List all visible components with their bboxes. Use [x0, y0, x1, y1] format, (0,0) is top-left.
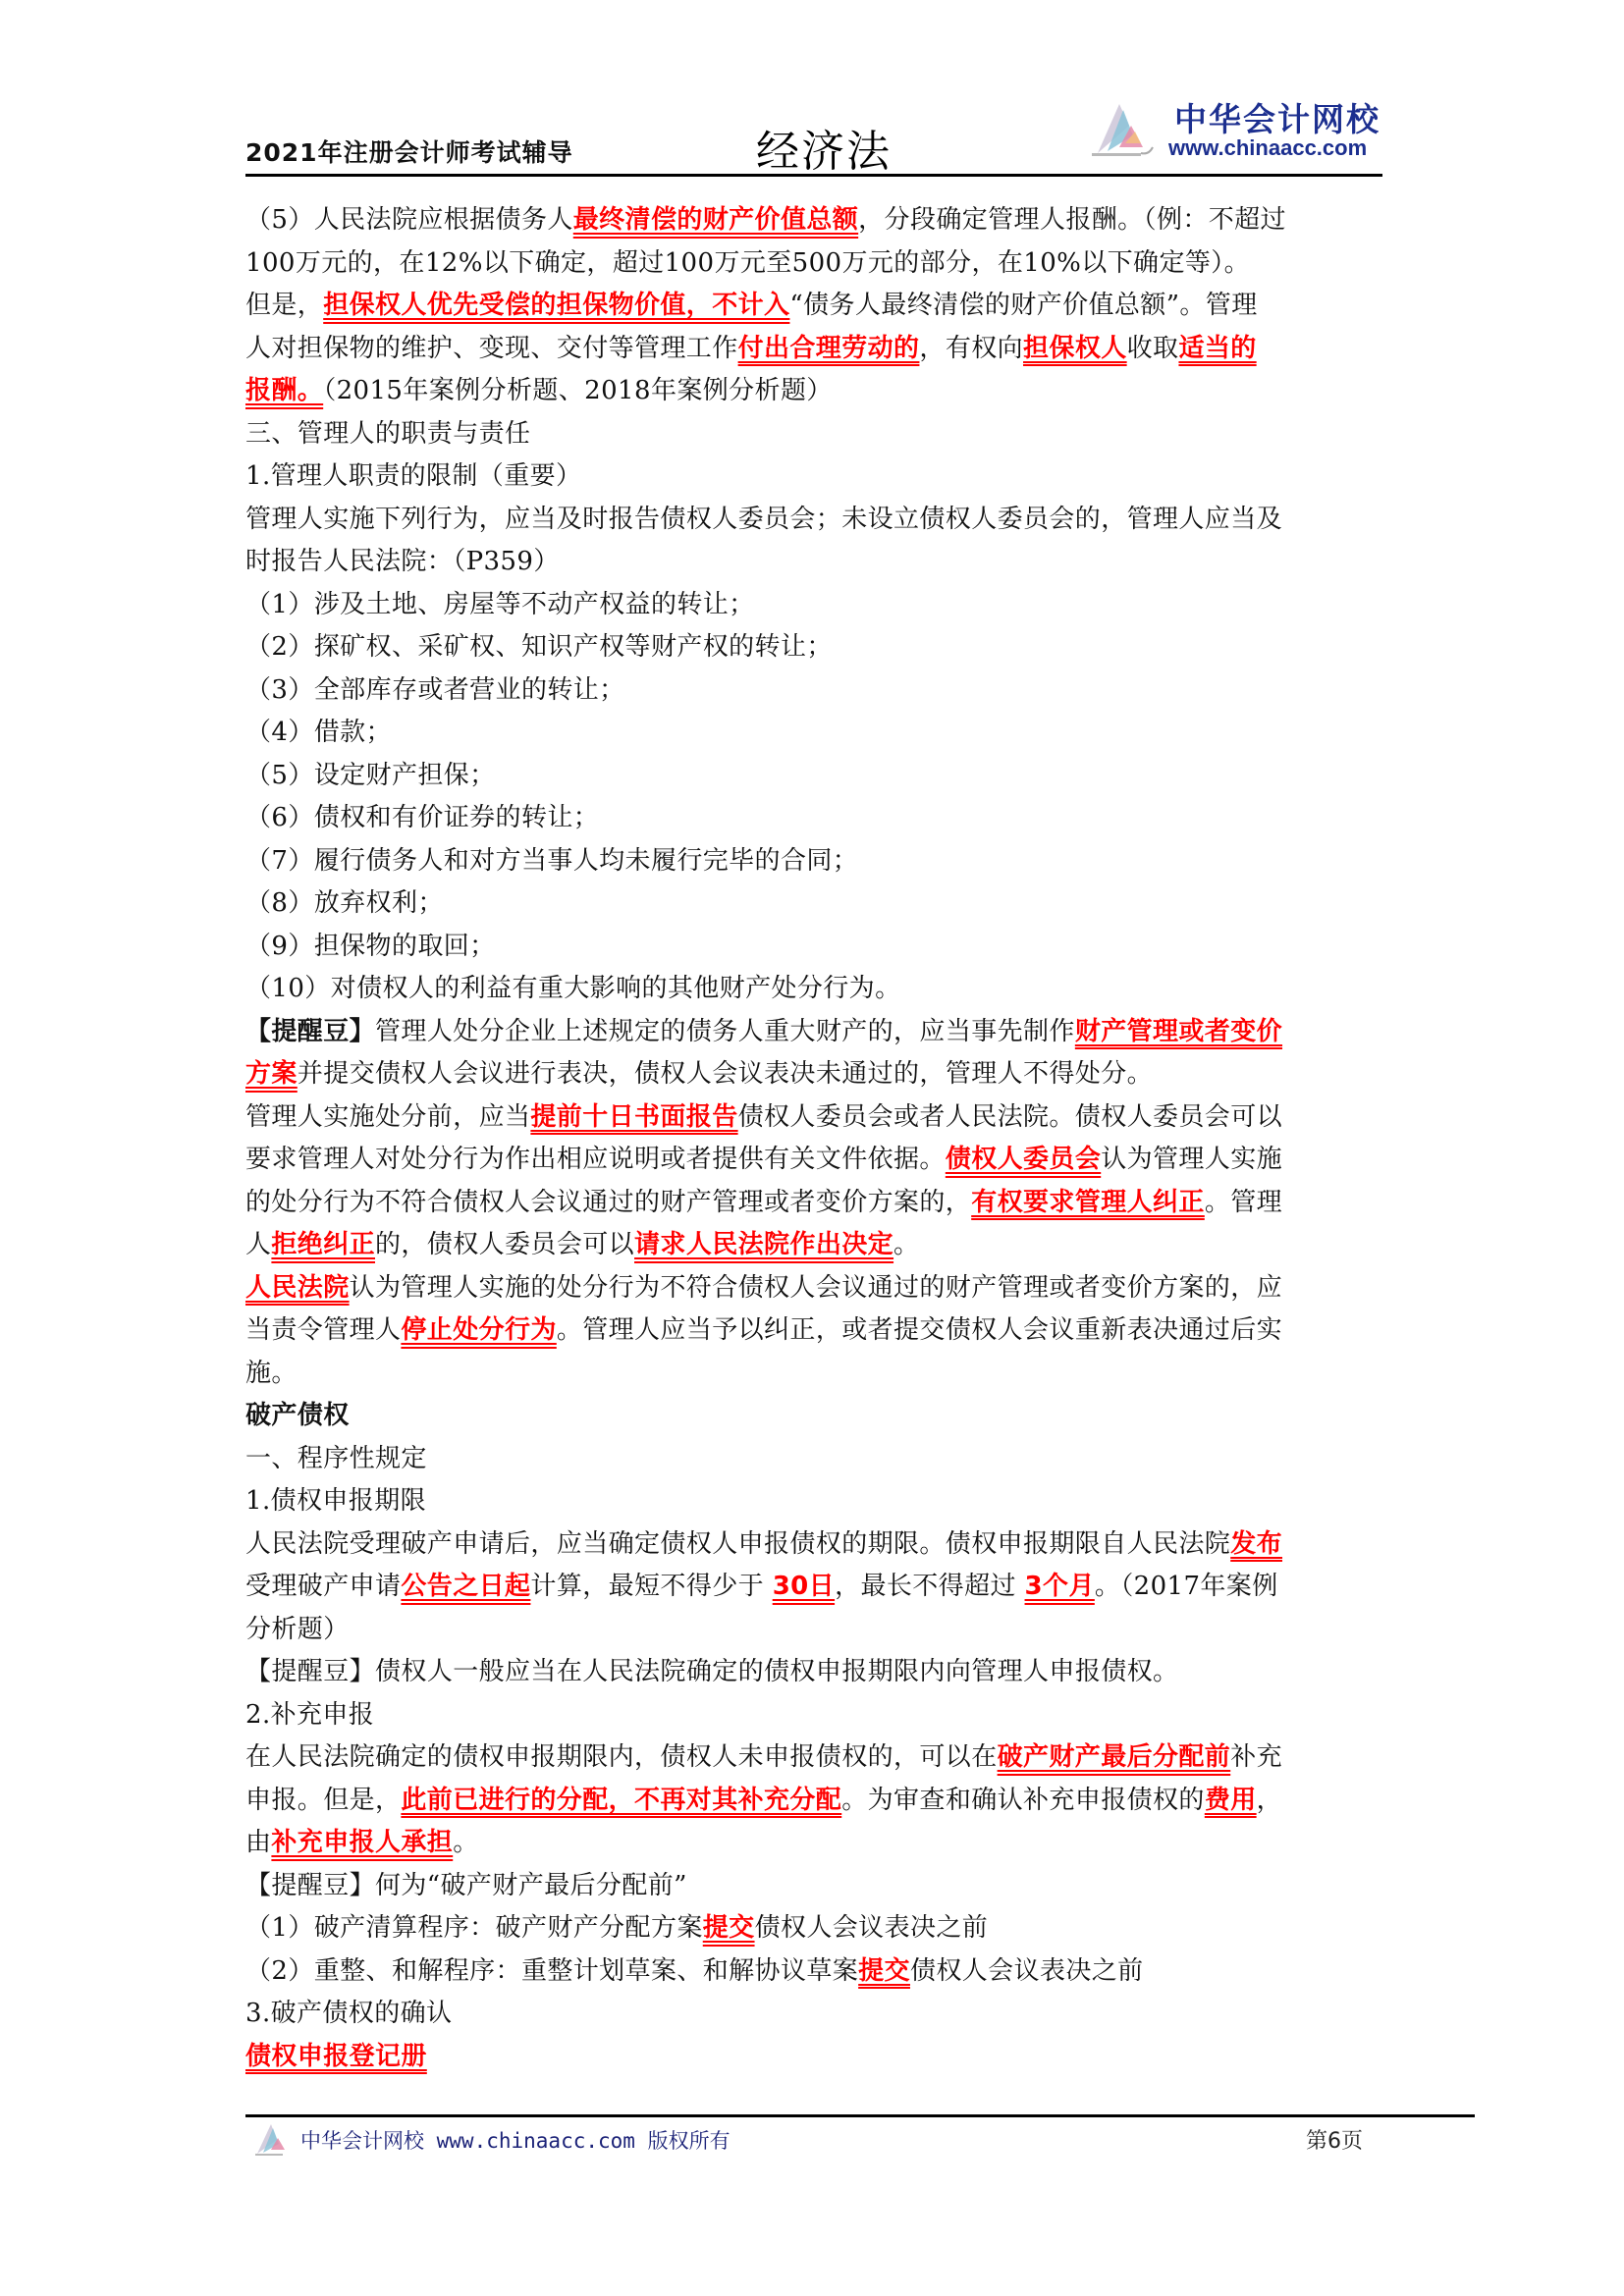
text-line: 人对担保物的维护、变现、交付等管理工作付出合理劳动的，有权向担保权人收取适当的 [245, 328, 1384, 371]
highlighted-key-phrase: 方案 [245, 1059, 298, 1089]
text-line: 管理人实施处分前，应当提前十日书面报告债权人委员会或者人民法院。债权人委员会可以 [245, 1096, 1384, 1140]
text-segment: 100万元的，在12%以下确定，超过100万元至500万元的部分，在10%以下确… [245, 248, 1250, 278]
text-segment: 。管理 [1205, 1188, 1282, 1217]
highlighted-key-phrase: 请求人民法院作出决定 [634, 1230, 893, 1259]
text-line: 【提醒豆】管理人处分企业上述规定的债务人重大财产的，应当事先制作财产管理或者变价 [245, 1011, 1384, 1054]
text-segment: 管理人处分企业上述规定的债务人重大财产的，应当事先制作 [375, 1017, 1075, 1046]
text-line: 三、管理人的职责与责任 [245, 413, 1384, 456]
text-segment: （9）担保物的取回； [245, 932, 496, 961]
text-segment: 3.破产债权的确认 [245, 1999, 452, 2028]
text-line: 100万元的，在12%以下确定，超过100万元至500万元的部分，在10%以下确… [245, 242, 1384, 286]
text-line: 【提醒豆】何为“破产财产最后分配前” [245, 1865, 1384, 1908]
text-line: 时报告人民法院：（P359） [245, 541, 1384, 584]
text-line: （1）涉及土地、房屋等不动产权益的转让； [245, 584, 1384, 627]
highlighted-key-phrase: 付出合理劳动的 [738, 334, 920, 363]
highlighted-key-phrase: 最终清偿的财产价值总额 [573, 205, 858, 235]
text-segment: 计算，最短不得少于 [530, 1572, 772, 1601]
text-segment: 债权人会议表决之前 [910, 1956, 1144, 1986]
text-line: （5）人民法院应根据债务人最终清偿的财产价值总额，分段确定管理人报酬。（例：不超… [245, 199, 1384, 242]
text-line: （5）设定财产担保； [245, 755, 1384, 798]
text-line: 在人民法院确定的债权申报期限内，债权人未申报债权的，可以在破产财产最后分配前补充 [245, 1736, 1384, 1780]
text-segment: 认为管理人实施 [1101, 1145, 1282, 1174]
logo-name: 中华会计网校 [1174, 94, 1380, 140]
text-line: 3.破产债权的确认 [245, 1993, 1384, 2036]
text-line: 当责令管理人停止处分行为。管理人应当予以纠正，或者提交债权人会议重新表决通过后实 [245, 1309, 1384, 1353]
text-segment: 补充 [1230, 1742, 1282, 1772]
logo-url: www.chinaacc.com [1168, 135, 1367, 161]
highlighted-key-phrase: 30日 [773, 1572, 835, 1601]
text-segment: 并提交债权人会议进行表决，债权人会议表决未通过的，管理人不得处分。 [298, 1059, 1153, 1089]
text-line: 2.补充申报 [245, 1694, 1384, 1737]
text-segment: 认为管理人实施的处分行为不符合债权人会议通过的财产管理或者变价方案的，应 [350, 1273, 1282, 1303]
text-segment: 时报告人民法院：（P359） [245, 547, 560, 576]
text-segment: ，有权向 [919, 334, 1023, 363]
text-segment: 受理破产申请 [245, 1572, 401, 1601]
text-line: （6）债权和有价证券的转让； [245, 797, 1384, 840]
text-segment: 的，债权人委员会可以 [375, 1230, 634, 1259]
text-segment: 2.补充申报 [245, 1700, 374, 1730]
text-line: 人民法院受理破产申请后，应当确定债权人申报债权的期限。债权申报期限自人民法院发布 [245, 1523, 1384, 1567]
text-line: （2）重整、和解程序：重整计划草案、和解协议草案提交债权人会议表决之前 [245, 1950, 1384, 1994]
text-line: 但是，担保权人优先受偿的担保物价值，不计入“债务人最终清偿的财产价值总额”。管理 [245, 285, 1384, 328]
text-segment: 的处分行为不符合债权人会议通过的财产管理或者变价方案的， [245, 1188, 971, 1217]
text-segment: 。 [453, 1828, 478, 1857]
page-number: 第6页 [1306, 2124, 1363, 2155]
text-segment: （1）涉及土地、房屋等不动产权益的转让； [245, 590, 755, 619]
text-line: （7）履行债务人和对方当事人均未履行完毕的合同； [245, 840, 1384, 883]
exam-title: 2021年注册会计师考试辅导 [245, 133, 573, 169]
text-segment: 但是， [245, 291, 323, 320]
highlighted-key-phrase: 提前十日书面报告 [530, 1102, 737, 1132]
highlighted-key-phrase: 拒绝纠正 [271, 1230, 375, 1259]
highlighted-key-phrase: 此前已进行的分配，不再对其补充分配 [401, 1786, 841, 1815]
text-segment: 三、管理人的职责与责任 [245, 419, 530, 449]
text-segment: ，分段确定管理人报酬。（例：不超过 [858, 205, 1286, 235]
text-line: 方案并提交债权人会议进行表决，债权人会议表决未通过的，管理人不得处分。 [245, 1053, 1384, 1096]
text-segment: 由 [245, 1828, 271, 1857]
highlighted-key-phrase: 适当的 [1178, 334, 1256, 363]
text-segment: 【提醒豆】何为“破产财产最后分配前” [245, 1871, 687, 1900]
text-line: 分析题） [245, 1609, 1384, 1652]
text-segment: （7）履行债务人和对方当事人均未履行完毕的合同； [245, 846, 858, 876]
text-segment: （10）对债权人的利益有重大影响的其他财产处分行为。 [245, 974, 901, 1003]
text-segment: （1）破产清算程序：破产财产分配方案 [245, 1913, 703, 1943]
brand-logo: 中华会计网校 www.chinaacc.com [1090, 94, 1384, 163]
highlighted-key-phrase: 破产财产最后分配前 [998, 1742, 1231, 1772]
triangle-logo-icon [1090, 96, 1159, 161]
footer-brand: 中华会计网校 www.chinaacc.com 版权所有 [253, 2120, 731, 2160]
footer-copyright: 中华会计网校 www.chinaacc.com 版权所有 [300, 2125, 731, 2155]
text-line: 债权申报登记册 [245, 2036, 1384, 2079]
text-segment: 管理人实施下列行为，应当及时报告债权人委员会；未设立债权人委员会的，管理人应当及 [245, 505, 1282, 534]
text-segment: 人民法院受理破产申请后，应当确定债权人申报债权的期限。债权申报期限自人民法院 [245, 1529, 1230, 1559]
text-line: （9）担保物的取回； [245, 926, 1384, 969]
text-line: 一、程序性规定 [245, 1438, 1384, 1481]
text-segment: 人 [245, 1230, 271, 1259]
text-segment: （5）设定财产担保； [245, 761, 496, 790]
highlighted-key-phrase: 担保权人 [1023, 334, 1127, 363]
highlighted-key-phrase: 3个月 [1025, 1572, 1095, 1601]
header-divider [245, 174, 1382, 177]
highlighted-key-phrase: 财产管理或者变价 [1075, 1017, 1282, 1046]
document-body: （5）人民法院应根据债务人最终清偿的财产价值总额，分段确定管理人报酬。（例：不超… [245, 199, 1384, 2078]
text-segment: 收取 [1127, 334, 1179, 363]
highlighted-key-phrase: 提交 [703, 1913, 755, 1943]
text-line: （1）破产清算程序：破产财产分配方案提交债权人会议表决之前 [245, 1907, 1384, 1950]
text-segment: 当责令管理人 [245, 1315, 401, 1345]
text-line: 破产债权 [245, 1395, 1384, 1438]
highlighted-key-phrase: 提交 [858, 1956, 910, 1986]
text-segment: （2）探矿权、采矿权、知识产权等财产权的转让； [245, 632, 833, 662]
text-segment: 债权人委员会或者人民法院。债权人委员会可以 [738, 1102, 1282, 1132]
highlighted-key-phrase: 债权人委员会 [946, 1145, 1101, 1174]
text-line: 管理人实施下列行为，应当及时报告债权人委员会；未设立债权人委员会的，管理人应当及 [245, 499, 1384, 542]
bold-label: 【提醒豆】 [245, 1017, 375, 1046]
text-line: （3）全部库存或者营业的转让； [245, 669, 1384, 713]
subject-title: 经济法 [756, 116, 892, 179]
text-line: （8）放弃权利； [245, 882, 1384, 926]
text-segment: （3）全部库存或者营业的转让； [245, 675, 625, 705]
text-line: 受理破产申请公告之日起计算，最短不得少于 30日，最长不得超过 3个月。（201… [245, 1566, 1384, 1609]
text-line: 要求管理人对处分行为作出相应说明或者提供有关文件依据。债权人委员会认为管理人实施 [245, 1139, 1384, 1182]
footer-divider [245, 2114, 1475, 2117]
text-line: 人民法院认为管理人实施的处分行为不符合债权人会议通过的财产管理或者变价方案的，应 [245, 1267, 1384, 1310]
triangle-logo-icon [253, 2120, 295, 2160]
text-line: 1.管理人职责的限制（重要） [245, 455, 1384, 499]
text-segment: （8）放弃权利； [245, 888, 444, 918]
text-segment: “债务人最终清偿的财产价值总额”。管理 [789, 291, 1257, 320]
text-segment: （2015年案例分析题、2018年案例分析题） [323, 376, 833, 405]
text-segment: 管理人实施处分前，应当 [245, 1102, 530, 1132]
text-line: 施。 [245, 1353, 1384, 1396]
highlighted-key-phrase: 补充申报人承担 [271, 1828, 453, 1857]
text-line: （10）对债权人的利益有重大影响的其他财产处分行为。 [245, 968, 1384, 1011]
text-segment: （2）重整、和解程序：重整计划草案、和解协议草案 [245, 1956, 858, 1986]
highlighted-key-phrase: 公告之日起 [401, 1572, 530, 1601]
highlighted-key-phrase: 费用 [1205, 1786, 1257, 1815]
text-segment: 要求管理人对处分行为作出相应说明或者提供有关文件依据。 [245, 1145, 946, 1174]
text-line: 人拒绝纠正的，债权人委员会可以请求人民法院作出决定。 [245, 1224, 1384, 1267]
highlighted-key-phrase: 人民法院 [245, 1273, 350, 1303]
text-segment: 1.管理人职责的限制（重要） [245, 461, 581, 491]
text-segment: 一、程序性规定 [245, 1444, 427, 1473]
text-line: 由补充申报人承担。 [245, 1822, 1384, 1865]
text-line: （4）借款； [245, 712, 1384, 755]
text-segment: 1.债权申报期限 [245, 1486, 426, 1516]
text-segment: 债权人一般应当在人民法院确定的债权申报期限内向管理人申报债权。 [375, 1657, 1178, 1686]
text-segment: （6）债权和有价证券的转让； [245, 803, 599, 832]
text-segment: 人对担保物的维护、变现、交付等管理工作 [245, 334, 738, 363]
highlighted-key-phrase: 有权要求管理人纠正 [971, 1188, 1205, 1217]
text-segment: 在人民法院确定的债权申报期限内，债权人未申报债权的，可以在 [245, 1742, 998, 1772]
text-segment: 分析题） [245, 1615, 350, 1644]
highlighted-key-phrase: 债权申报登记册 [245, 2042, 427, 2071]
text-segment: 债权人会议表决之前 [755, 1913, 989, 1943]
text-segment: （4）借款； [245, 718, 392, 747]
text-segment: 。 [893, 1230, 919, 1259]
text-line: 【提醒豆】债权人一般应当在人民法院确定的债权申报期限内向管理人申报债权。 [245, 1651, 1384, 1694]
text-segment: 。（2017年案例 [1095, 1572, 1278, 1601]
bold-label: 破产债权 [245, 1401, 350, 1430]
text-segment: 。管理人应当予以纠正，或者提交债权人会议重新表决通过后实 [557, 1315, 1282, 1345]
text-segment: （5）人民法院应根据债务人 [245, 205, 573, 235]
text-segment: 【提醒豆】 [245, 1657, 375, 1686]
highlighted-key-phrase: 发布 [1230, 1529, 1282, 1559]
text-segment: 申报。但是， [245, 1786, 401, 1815]
text-segment: 。为审查和确认补充申报债权的 [841, 1786, 1205, 1815]
text-line: （2）探矿权、采矿权、知识产权等财产权的转让； [245, 626, 1384, 669]
text-segment: ，最长不得超过 [835, 1572, 1024, 1601]
text-line: 的处分行为不符合债权人会议通过的财产管理或者变价方案的，有权要求管理人纠正。管理 [245, 1182, 1384, 1225]
text-line: 1.债权申报期限 [245, 1480, 1384, 1523]
text-line: 报酬。（2015年案例分析题、2018年案例分析题） [245, 370, 1384, 413]
text-segment: ， [1257, 1786, 1282, 1815]
text-line: 申报。但是，此前已进行的分配，不再对其补充分配。为审查和确认补充申报债权的费用， [245, 1780, 1384, 1823]
highlighted-key-phrase: 担保权人优先受偿的担保物价值，不计入 [323, 291, 789, 320]
text-segment: 施。 [245, 1359, 298, 1388]
highlighted-key-phrase: 停止处分行为 [401, 1315, 556, 1345]
highlighted-key-phrase: 报酬。 [245, 376, 323, 405]
